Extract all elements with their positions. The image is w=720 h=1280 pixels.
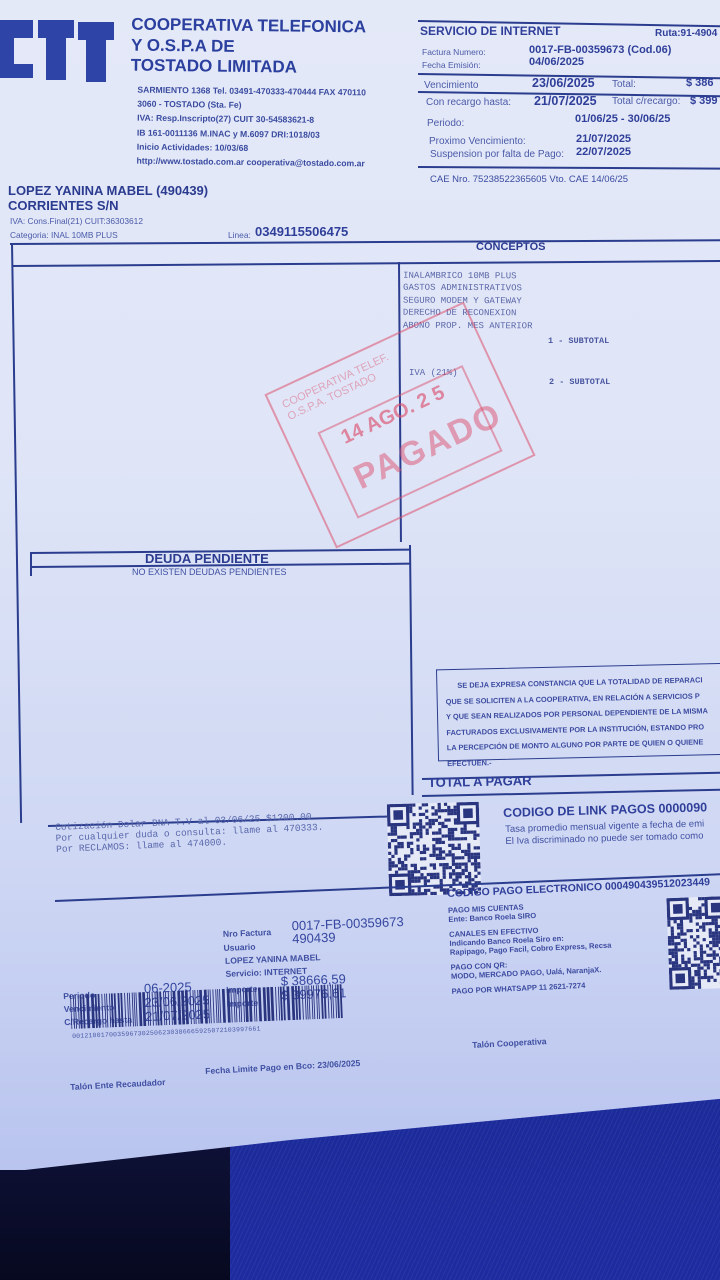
company-name-line: COOPERATIVA TELEFONICA [131,15,366,38]
client-block: LOPEZ YANINA MABEL (490439) CORRIENTES S… [8,183,208,213]
factura-label: Factura Numero: [422,47,486,57]
periodo-label: Periodo: [427,118,464,129]
deuda-text: NO EXISTEN DEUDAS PENDIENTES [132,567,287,577]
payment-block: CANALES EN EFECTIVO Indicando Banco Roel… [449,918,713,957]
client-address: CORRIENTES S/N [8,198,208,213]
periodo-range: 01/06/25 - 30/06/25 [575,113,670,125]
talon-ente: Talón Ente Recaudador [70,1077,166,1092]
proximo-label: Proximo Vencimiento: [429,136,526,147]
usuario-name: LOPEZ YANINA MABEL [225,952,321,966]
qr-code-link-pagos[interactable] [387,802,481,896]
client-name: LOPEZ YANINA MABEL (490439) [8,183,208,198]
company-name: COOPERATIVA TELEFONICA Y O.S.P.A DE TOST… [131,15,367,79]
proximo-date: 21/07/2025 [576,133,631,145]
vencimiento-date: 23/06/2025 [532,76,595,90]
fecha-limite: Fecha Limite Pago en Bco: 23/06/2025 [205,1058,361,1076]
barcode [70,981,429,1029]
link-pagos-title: CODIGO DE LINK PAGOS 0000090 [503,800,707,820]
total-bottom [422,789,720,797]
total-recargo-label: Total c/recargo: [612,96,680,107]
client-categoria: Categoria: INAL 10MB PLUS [10,230,118,240]
usuario-label: Usuario [223,942,255,953]
frame-divider [409,545,414,795]
frame-header-line [12,260,720,267]
subtotal-2: 2 - SUBTOTAL [549,377,610,387]
payment-options: CODIGO PAGO ELECTRONICO 0004904395120234… [447,876,715,996]
paid-stamp: COOPERATIVA TELEF. O.S.P.A. TOSTADO 14 A… [264,301,535,548]
ctt-logo [0,14,115,94]
ruta-code: Ruta:91-4904 [655,28,717,39]
company-name-line: Y O.S.P.A DE [131,35,366,58]
talon-cooperativa: Talón Cooperativa [472,1036,547,1050]
linea-label: Linea: [228,230,251,240]
divider [418,166,720,170]
emision-date: 04/06/2025 [529,56,584,68]
recargo-date: 21/07/2025 [534,94,597,108]
subtotal-1: 1 - SUBTOTAL [548,336,609,346]
total-recargo-value: $ 399 [690,95,718,107]
vencimiento-label: Vencimiento [424,80,478,91]
client-iva: IVA: Cons.Final(21) CUIT:36303612 [10,216,143,226]
company-web-email: http://www.tostado.com.ar cooperativa@to… [136,154,365,171]
total-label: Total: [612,79,636,90]
total-a-pagar: TOTAL A PAGAR [428,773,532,790]
concepto-item: INALAMBRICO 10MB PLUS [403,270,533,283]
link-pagos-notes: Tasa promedio mensual vigente a fecha de… [505,818,705,848]
frame-left [11,243,22,823]
usuario-value: 490439 [292,930,336,947]
conceptos-title: CONCEPTOS [476,241,545,253]
invoice-paper: COOPERATIVA TELEFONICA Y O.S.P.A DE TOST… [0,0,720,1170]
company-info: SARMIENTO 1368 Tel. 03491-470333-470444 … [136,83,366,171]
deuda-left [30,552,32,576]
linea-number: 0349115506475 [255,224,348,239]
repair-notice: SE DEJA EXPRESA CONSTANCIA QUE LA TOTALI… [436,663,720,762]
suspension-label: Suspension por falta de Pago: [430,149,564,160]
factura-number: 0017-FB-00359673 (Cod.06) [529,44,671,56]
company-name-line: TOSTADO LIMITADA [131,56,366,79]
recargo-label: Con recargo hasta: [426,97,511,108]
frame-top [10,239,720,245]
footer-notes: Cotización Dolar BNA T.V al 03/06/25 $12… [55,811,324,855]
suspension-date: 22/07/2025 [576,146,631,158]
service-title: SERVICIO DE INTERNET [420,24,560,38]
concepto-item: SEGURO MODEM Y GATEWAY [403,294,533,307]
concepto-item: GASTOS ADMINISTRATIVOS [403,282,533,295]
cae-info: CAE Nro. 75238522365605 Vto. CAE 14/06/2… [430,174,628,185]
total-value: $ 386 [686,77,714,89]
emision-label: Fecha Emisión: [422,60,481,70]
nro-factura-label: Nro Factura [223,927,272,939]
